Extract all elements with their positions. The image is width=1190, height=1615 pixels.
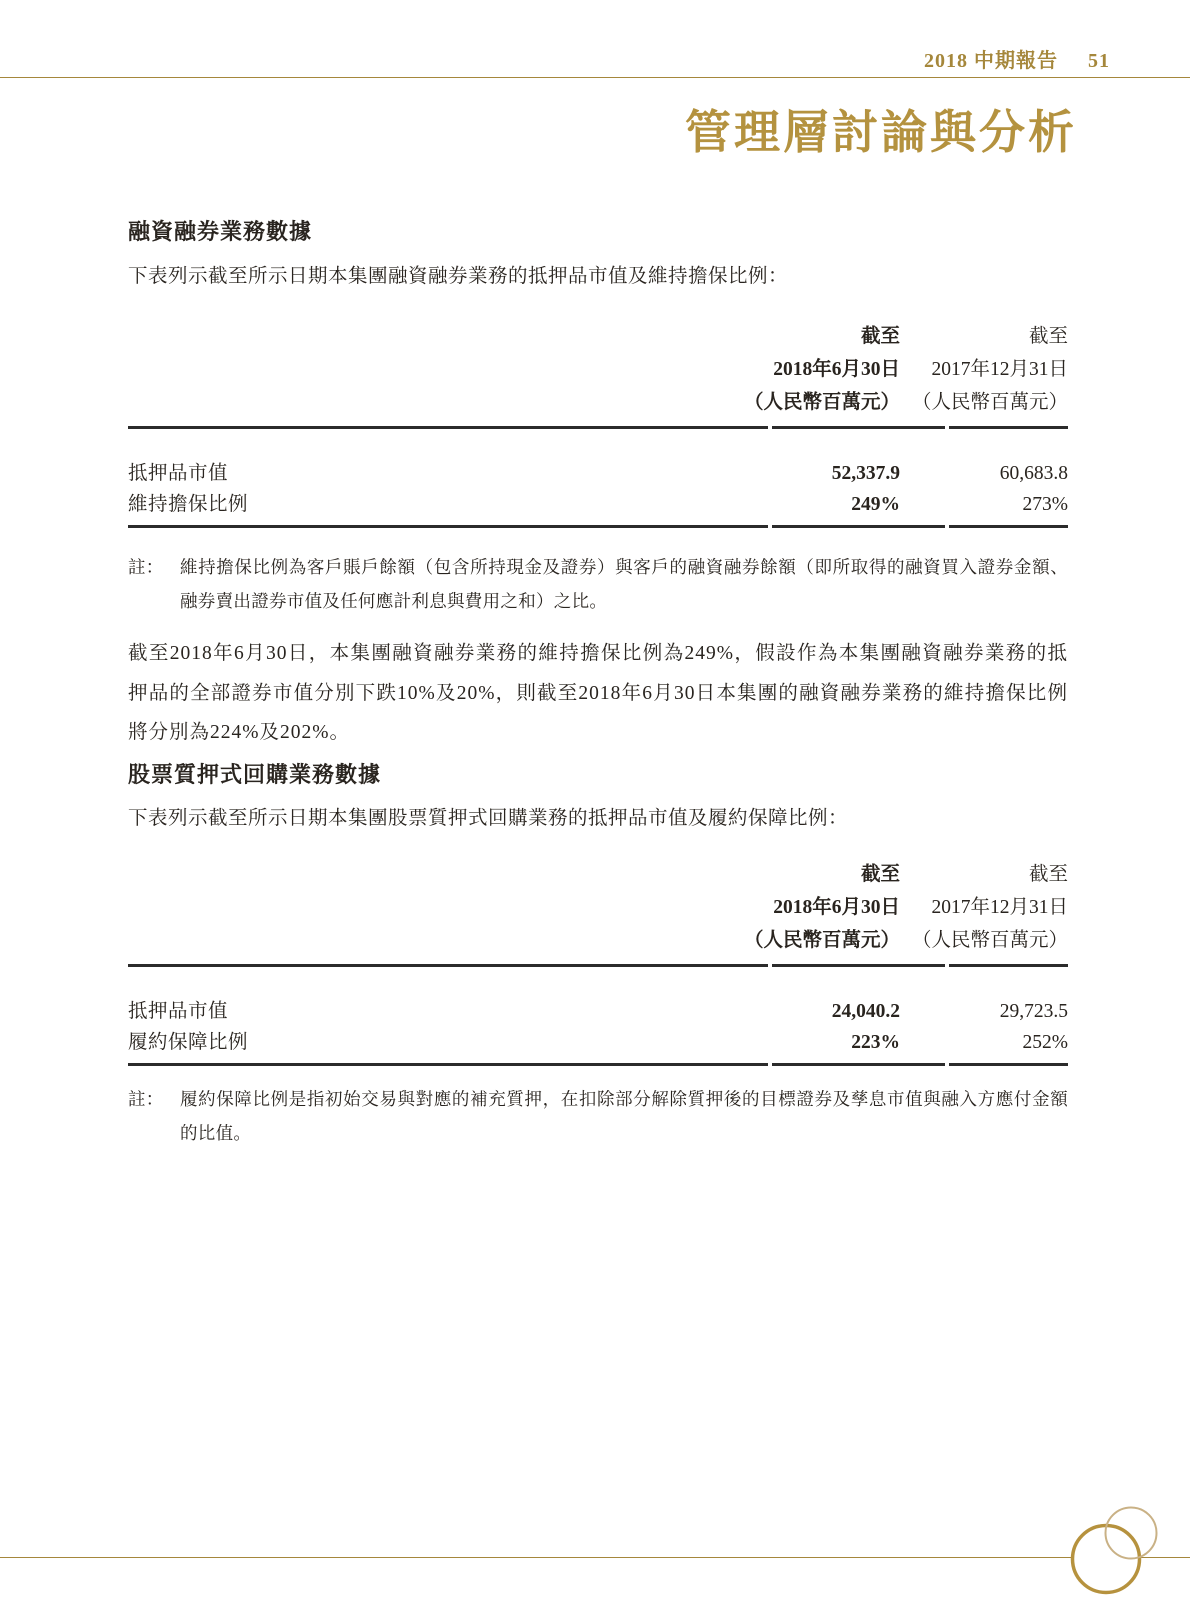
table-header: 截至 截至 2018年6月30日 2017年12月31日 （人民幣百萬元） （人… [128,858,1068,957]
col-2017-period: 截至 [900,858,1068,886]
table-header: 截至 截至 2018年6月30日 2017年12月31日 （人民幣百萬元） （人… [128,320,1068,419]
table-header-rule [128,964,1068,967]
row-value-2018: 52,337.9 [728,463,900,485]
page-title: 管理層討論與分析 [685,96,1077,162]
table-body: 抵押品市值 52,337.9 60,683.8 維持擔保比例 249% 273% [128,457,1068,519]
body-paragraph: 截至2018年6月30日，本集團融資融券業務的維持擔保比例為249%，假設作為本… [128,634,1068,753]
header-rule [0,77,1190,78]
col-2018-period: 截至 [728,858,900,886]
col-2018-unit: （人民幣百萬元） [728,924,900,952]
col-2018-date: 2018年6月30日 [728,891,900,919]
footer-circles-decoration [1000,1440,1190,1615]
table-row: 維持擔保比例 249% 273% [128,488,1068,519]
table-row: 抵押品市值 24,040.2 29,723.5 [128,995,1068,1026]
row-value-2017: 273% [900,494,1068,516]
col-2017-date: 2017年12月31日 [900,353,1068,381]
col-2017-unit: （人民幣百萬元） [900,924,1068,952]
page-header: 2018 中期報告51 [924,44,1110,73]
col-2018-unit: （人民幣百萬元） [728,386,900,414]
col-2018-period: 截至 [728,320,900,348]
footnote-label: 註： [128,1082,180,1150]
col-2018-date: 2018年6月30日 [728,353,900,381]
section-intro: 下表列示截至所示日期本集團融資融券業務的抵押品市值及維持擔保比例： [128,260,1068,288]
report-title: 2018 中期報告 [924,50,1058,72]
row-label: 抵押品市值 [128,457,728,485]
col-2017-period: 截至 [900,320,1068,348]
table-bottom-rule [128,1063,1068,1066]
section-intro: 下表列示截至所示日期本集團股票質押式回購業務的抵押品市值及履約保障比例： [128,802,1068,830]
col-2017-date: 2017年12月31日 [900,891,1068,919]
table-bottom-rule [128,525,1068,528]
footnote-label: 註： [128,550,180,618]
row-value-2017: 29,723.5 [900,1001,1068,1023]
row-value-2017: 252% [900,1032,1068,1054]
table-header-rule [128,426,1068,429]
page-number: 51 [1088,50,1110,72]
row-value-2018: 24,040.2 [728,1001,900,1023]
row-value-2018: 249% [728,494,900,516]
section-heading-margin-business: 融資融券業務數據 [128,215,1068,246]
footnote-text: 維持擔保比例為客戶賬戶餘額（包含所持現金及證券）與客戶的融資融券餘額（即所取得的… [180,550,1068,618]
row-label: 抵押品市值 [128,995,728,1023]
stock-pledge-repo-table: 截至 截至 2018年6月30日 2017年12月31日 （人民幣百萬元） （人… [128,858,1068,1066]
table-row: 抵押品市值 52,337.9 60,683.8 [128,457,1068,488]
table-row: 履約保障比例 223% 252% [128,1026,1068,1057]
row-value-2018: 223% [728,1032,900,1054]
footnote-text: 履約保障比例是指初始交易與對應的補充質押，在扣除部分解除質押後的目標證券及孳息市… [180,1082,1068,1150]
margin-financing-table: 截至 截至 2018年6月30日 2017年12月31日 （人民幣百萬元） （人… [128,320,1068,528]
report-page: 2018 中期報告51 管理層討論與分析 融資融券業務數據 下表列示截至所示日期… [0,0,1190,1615]
col-2017-unit: （人民幣百萬元） [900,386,1068,414]
table-body: 抵押品市值 24,040.2 29,723.5 履約保障比例 223% 252% [128,995,1068,1057]
row-label: 維持擔保比例 [128,488,728,516]
row-value-2017: 60,683.8 [900,463,1068,485]
section-heading-stock-pledge: 股票質押式回購業務數據 [128,758,1068,789]
row-label: 履約保障比例 [128,1026,728,1054]
table-footnote: 註： 履約保障比例是指初始交易與對應的補充質押，在扣除部分解除質押後的目標證券及… [128,1082,1068,1150]
table-footnote: 註： 維持擔保比例為客戶賬戶餘額（包含所持現金及證券）與客戶的融資融券餘額（即所… [128,550,1068,618]
